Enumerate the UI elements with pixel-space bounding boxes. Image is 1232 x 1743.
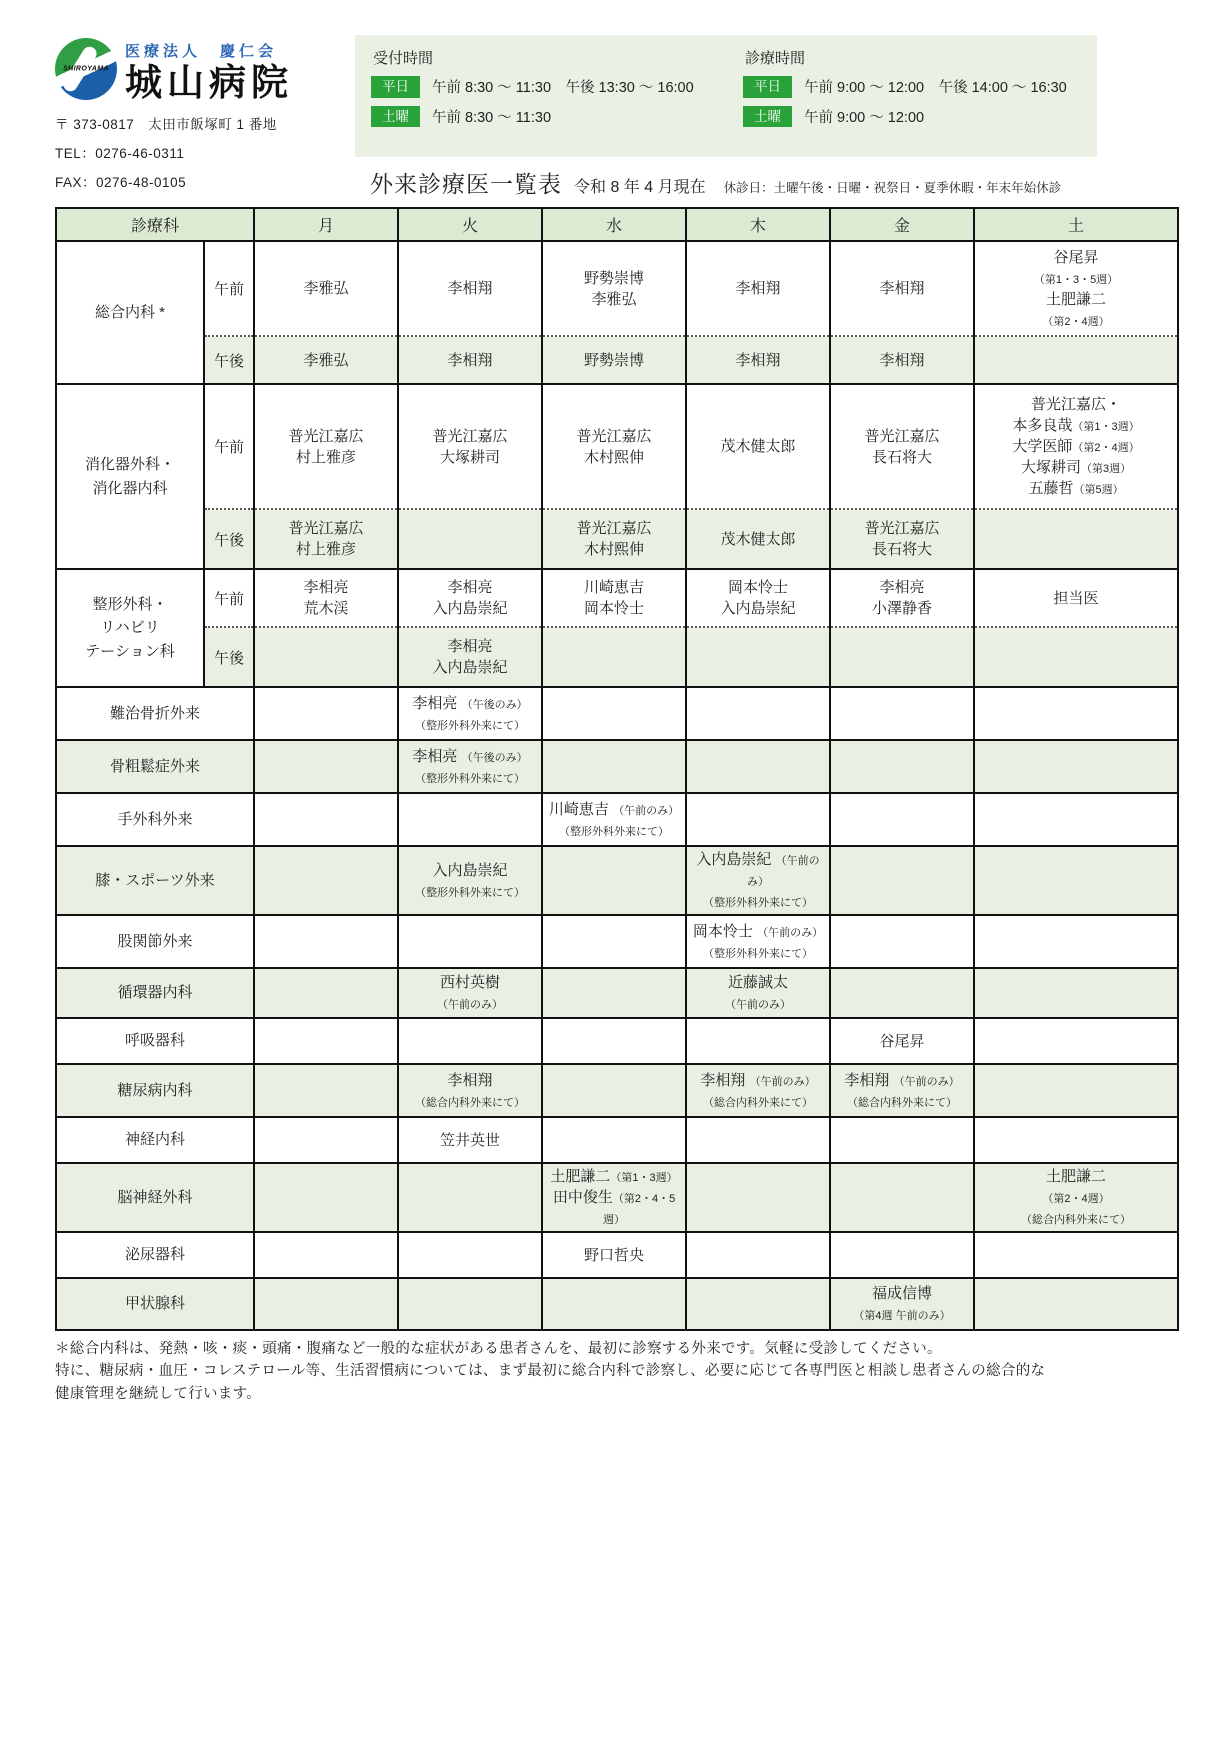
consultation-hours: 診療時間 平日 午前 9:00 ～ 12:00 午後 14:00 ～ 16:30… bbox=[743, 45, 1081, 147]
department-name: 泌尿器科 bbox=[56, 1232, 254, 1278]
schedule-row: 循環器内科西村英樹（午前のみ）近藤誠太（午前のみ） bbox=[56, 968, 1178, 1018]
schedule-cell bbox=[686, 1232, 830, 1278]
schedule-cell bbox=[974, 915, 1178, 968]
schedule-cell: 入内島崇紀 （午前のみ）（整形外科外来にて） bbox=[686, 846, 830, 915]
schedule-cell bbox=[254, 687, 398, 740]
schedule-table: 診療科月火水木金土 総合内科 *午前李雅弘李相翔野勢崇博李雅弘李相翔李相翔谷尾昇… bbox=[55, 207, 1179, 1331]
schedule-cell bbox=[686, 1018, 830, 1064]
postal-address: 〒 373-0817 太田市飯塚町 1 番地 bbox=[55, 113, 345, 133]
hours-panel: 受付時間 平日 午前 8:30 ～ 11:30 午後 13:30 ～ 16:00… bbox=[355, 35, 1097, 157]
department-name: 糖尿病内科 bbox=[56, 1064, 254, 1117]
schedule-cell: 李相翔 （午前のみ）（総合内科外来にて） bbox=[686, 1064, 830, 1117]
schedule-cell bbox=[398, 793, 542, 846]
schedule-cell: 谷尾昇 bbox=[830, 1018, 974, 1064]
session-label: 午後 bbox=[204, 336, 254, 384]
schedule-body: 総合内科 *午前李雅弘李相翔野勢崇博李雅弘李相翔李相翔谷尾昇（第1・3・5週）土… bbox=[56, 241, 1178, 1330]
schedule-row: 消化器外科・消化器内科午前普光江嘉広村上雅彦普光江嘉広大塚耕司普光江嘉広木村熙伸… bbox=[56, 384, 1178, 509]
column-header-day: 金 bbox=[830, 208, 974, 241]
schedule-cell bbox=[830, 687, 974, 740]
schedule-cell: 土肥謙二（第2・4週）（総合内科外来にて） bbox=[974, 1163, 1178, 1232]
schedule-row: 神経内科笠井英世 bbox=[56, 1117, 1178, 1163]
column-header-day: 土 bbox=[974, 208, 1178, 241]
column-header-dept: 診療科 bbox=[56, 208, 254, 241]
schedule-cell: 李相翔 （午前のみ）（総合内科外来にて） bbox=[830, 1064, 974, 1117]
schedule-cell bbox=[254, 915, 398, 968]
column-header-day: 月 bbox=[254, 208, 398, 241]
schedule-cell bbox=[686, 1117, 830, 1163]
schedule-cell bbox=[398, 509, 542, 569]
schedule-row: 難治骨折外来李相亮 （午後のみ）（整形外科外来にて） bbox=[56, 687, 1178, 740]
reception-hours: 受付時間 平日 午前 8:30 ～ 11:30 午後 13:30 ～ 16:00… bbox=[371, 45, 709, 147]
schedule-cell: 岡本怜士入内島崇紀 bbox=[686, 569, 830, 627]
schedule-cell: 担当医 bbox=[974, 569, 1178, 627]
schedule-cell bbox=[974, 793, 1178, 846]
schedule-cell: 野勢崇博李雅弘 bbox=[542, 241, 686, 336]
session-label: 午後 bbox=[204, 627, 254, 687]
schedule-cell bbox=[254, 1278, 398, 1330]
session-label: 午前 bbox=[204, 241, 254, 336]
department-name: 整形外科・リハビリテーション科 bbox=[56, 569, 204, 687]
schedule-cell bbox=[974, 336, 1178, 384]
schedule-cell: 茂木健太郎 bbox=[686, 384, 830, 509]
schedule-cell: 野勢崇博 bbox=[542, 336, 686, 384]
footnote-line: ＊総合内科は、発熱・咳・痰・頭痛・腹痛など一般的な症状がある患者さんを、最初に診… bbox=[55, 1338, 1177, 1360]
reception-weekday-row: 平日 午前 8:30 ～ 11:30 午後 13:30 ～ 16:00 bbox=[371, 76, 709, 98]
as-of-date: 令和 8 年 4 月現在 bbox=[574, 174, 706, 197]
consultation-weekday-times: 午前 9:00 ～ 12:00 午後 14:00 ～ 16:30 bbox=[804, 76, 1067, 97]
footnote-line: 特に、糖尿病・血圧・コレステロール等、生活習慣病については、まず最初に総合内科で… bbox=[55, 1360, 1177, 1382]
schedule-cell bbox=[398, 915, 542, 968]
schedule-cell: 笠井英世 bbox=[398, 1117, 542, 1163]
schedule-row: 午後李相亮入内島崇紀 bbox=[56, 627, 1178, 687]
schedule-cell bbox=[974, 687, 1178, 740]
hospital-logo-icon: SHIROYAMA bbox=[55, 38, 117, 100]
schedule-cell bbox=[974, 968, 1178, 1018]
schedule-cell bbox=[974, 1064, 1178, 1117]
schedule-cell bbox=[398, 1018, 542, 1064]
schedule-cell bbox=[686, 740, 830, 793]
schedule-cell: 福成信博（第4週 午前のみ） bbox=[830, 1278, 974, 1330]
schedule-cell: 李雅弘 bbox=[254, 336, 398, 384]
schedule-cell bbox=[830, 740, 974, 793]
schedule-cell bbox=[254, 846, 398, 915]
schedule-cell bbox=[830, 1232, 974, 1278]
schedule-cell: 野口哲央 bbox=[542, 1232, 686, 1278]
schedule-cell: 土肥謙二（第1・3週）田中俊生（第2・4・5週） bbox=[542, 1163, 686, 1232]
column-header-day: 水 bbox=[542, 208, 686, 241]
schedule-cell: 李相亮入内島崇紀 bbox=[398, 569, 542, 627]
schedule-cell bbox=[974, 1117, 1178, 1163]
schedule-cell: 普光江嘉広木村熙伸 bbox=[542, 384, 686, 509]
department-name: 手外科外来 bbox=[56, 793, 254, 846]
schedule-cell bbox=[542, 740, 686, 793]
schedule-cell bbox=[830, 968, 974, 1018]
schedule-cell bbox=[542, 846, 686, 915]
schedule-row: 呼吸器科谷尾昇 bbox=[56, 1018, 1178, 1064]
session-label: 午前 bbox=[204, 569, 254, 627]
schedule-cell bbox=[974, 1278, 1178, 1330]
schedule-cell: 西村英樹（午前のみ） bbox=[398, 968, 542, 1018]
schedule-cell: 李相翔 bbox=[830, 336, 974, 384]
schedule-row: 整形外科・リハビリテーション科午前李相亮荒木渓李相亮入内島崇紀川崎恵吉岡本怜士岡… bbox=[56, 569, 1178, 627]
schedule-cell bbox=[398, 1163, 542, 1232]
schedule-cell: 近藤誠太（午前のみ） bbox=[686, 968, 830, 1018]
schedule-row: 膝・スポーツ外来入内島崇紀（整形外科外来にて）入内島崇紀 （午前のみ）（整形外科… bbox=[56, 846, 1178, 915]
schedule-cell bbox=[542, 1064, 686, 1117]
schedule-cell bbox=[254, 1064, 398, 1117]
schedule-cell: 普光江嘉広村上雅彦 bbox=[254, 509, 398, 569]
schedule-cell: 普光江嘉広村上雅彦 bbox=[254, 384, 398, 509]
schedule-cell bbox=[830, 915, 974, 968]
schedule-row: 骨粗鬆症外来李相亮 （午後のみ）（整形外科外来にて） bbox=[56, 740, 1178, 793]
schedule-cell bbox=[830, 627, 974, 687]
schedule-cell bbox=[542, 687, 686, 740]
schedule-cell: 李相翔（総合内科外来にて） bbox=[398, 1064, 542, 1117]
schedule-cell bbox=[254, 740, 398, 793]
schedule-row: 脳神経外科土肥謙二（第1・3週）田中俊生（第2・4・5週）土肥謙二（第2・4週）… bbox=[56, 1163, 1178, 1232]
schedule-cell bbox=[254, 1117, 398, 1163]
schedule-cell: 谷尾昇（第1・3・5週）土肥謙二（第2・4週） bbox=[974, 241, 1178, 336]
hospital-name: 城山病院 bbox=[125, 64, 293, 103]
schedule-cell bbox=[542, 1117, 686, 1163]
schedule-cell bbox=[254, 627, 398, 687]
schedule-cell bbox=[542, 968, 686, 1018]
schedule-cell: 李相翔 bbox=[830, 241, 974, 336]
schedule-cell: 茂木健太郎 bbox=[686, 509, 830, 569]
schedule-cell bbox=[830, 793, 974, 846]
schedule-header: 診療科月火水木金土 bbox=[56, 208, 1178, 241]
fax-number: FAX：0276-48-0105 bbox=[55, 171, 345, 191]
schedule-cell: 普光江嘉広大塚耕司 bbox=[398, 384, 542, 509]
schedule-cell bbox=[254, 1163, 398, 1232]
corporation-label: 医療法人 慶仁会 bbox=[125, 40, 293, 61]
department-name: 消化器外科・消化器内科 bbox=[56, 384, 204, 569]
saturday-badge: 土曜 bbox=[371, 106, 420, 128]
page-title: 外来診療医一覧表 bbox=[370, 166, 562, 199]
schedule-cell bbox=[542, 1278, 686, 1330]
schedule-cell bbox=[686, 1163, 830, 1232]
weekday-badge: 平日 bbox=[371, 76, 420, 98]
closed-days-note: 休診日：土曜午後・日曜・祝祭日・夏季休暇・年末年始休診 bbox=[724, 178, 1062, 196]
schedule-cell: 李相亮入内島崇紀 bbox=[398, 627, 542, 687]
schedule-cell: 李相亮荒木渓 bbox=[254, 569, 398, 627]
schedule-cell bbox=[254, 968, 398, 1018]
department-name: 総合内科 * bbox=[56, 241, 204, 384]
session-label: 午後 bbox=[204, 509, 254, 569]
weekday-badge: 平日 bbox=[743, 76, 792, 98]
schedule-cell: 李相亮小澤静香 bbox=[830, 569, 974, 627]
department-name: 股関節外来 bbox=[56, 915, 254, 968]
consultation-weekday-row: 平日 午前 9:00 ～ 12:00 午後 14:00 ～ 16:30 bbox=[743, 76, 1081, 98]
schedule-cell bbox=[974, 1232, 1178, 1278]
reception-weekday-times: 午前 8:30 ～ 11:30 午後 13:30 ～ 16:00 bbox=[432, 76, 694, 97]
schedule-cell bbox=[254, 793, 398, 846]
schedule-cell bbox=[830, 846, 974, 915]
reception-saturday-times: 午前 8:30 ～ 11:30 bbox=[432, 106, 551, 127]
schedule-cell: 入内島崇紀（整形外科外来にて） bbox=[398, 846, 542, 915]
footnotes: ＊総合内科は、発熱・咳・痰・頭痛・腹痛など一般的な症状がある患者さんを、最初に診… bbox=[55, 1338, 1177, 1405]
schedule-cell bbox=[974, 1018, 1178, 1064]
schedule-cell bbox=[542, 1018, 686, 1064]
schedule-cell bbox=[974, 740, 1178, 793]
schedule-cell bbox=[974, 846, 1178, 915]
schedule-cell bbox=[542, 627, 686, 687]
schedule-row: 甲状腺科福成信博（第4週 午前のみ） bbox=[56, 1278, 1178, 1330]
consultation-saturday-times: 午前 9:00 ～ 12:00 bbox=[804, 106, 924, 127]
document-title-line: 外来診療医一覧表 令和 8 年 4 月現在 休診日：土曜午後・日曜・祝祭日・夏季… bbox=[370, 166, 1190, 199]
schedule-cell bbox=[974, 627, 1178, 687]
department-name: 難治骨折外来 bbox=[56, 687, 254, 740]
consultation-saturday-row: 土曜 午前 9:00 ～ 12:00 bbox=[743, 106, 1081, 128]
schedule-row: 股関節外来岡本怜士 （午前のみ）（整形外科外来にて） bbox=[56, 915, 1178, 968]
schedule-cell bbox=[254, 1018, 398, 1064]
schedule-row: 午後普光江嘉広村上雅彦普光江嘉広木村熙伸茂木健太郎普光江嘉広長石将大 bbox=[56, 509, 1178, 569]
schedule-cell: 李相翔 bbox=[398, 336, 542, 384]
footnote-line: 健康管理を継続して行います。 bbox=[55, 1383, 1177, 1405]
schedule-cell bbox=[398, 1278, 542, 1330]
reception-saturday-row: 土曜 午前 8:30 ～ 11:30 bbox=[371, 106, 709, 128]
saturday-badge: 土曜 bbox=[743, 106, 792, 128]
schedule-cell: 李相翔 bbox=[398, 241, 542, 336]
session-label: 午前 bbox=[204, 384, 254, 509]
department-name: 神経内科 bbox=[56, 1117, 254, 1163]
department-name: 循環器内科 bbox=[56, 968, 254, 1018]
schedule-row: 午後李雅弘李相翔野勢崇博李相翔李相翔 bbox=[56, 336, 1178, 384]
department-name: 脳神経外科 bbox=[56, 1163, 254, 1232]
schedule-cell bbox=[254, 1232, 398, 1278]
hospital-name-block: 医療法人 慶仁会 城山病院 bbox=[125, 38, 293, 103]
schedule-cell bbox=[686, 687, 830, 740]
schedule-cell: 李相亮 （午後のみ）（整形外科外来にて） bbox=[398, 687, 542, 740]
schedule-cell bbox=[974, 509, 1178, 569]
schedule-header-row: 診療科月火水木金土 bbox=[56, 208, 1178, 241]
schedule-row: 手外科外来川崎恵吉 （午前のみ）（整形外科外来にて） bbox=[56, 793, 1178, 846]
schedule-cell: 普光江嘉広長石将大 bbox=[830, 384, 974, 509]
schedule-cell bbox=[686, 1278, 830, 1330]
schedule-row: 総合内科 *午前李雅弘李相翔野勢崇博李雅弘李相翔李相翔谷尾昇（第1・3・5週）土… bbox=[56, 241, 1178, 336]
schedule-cell bbox=[542, 915, 686, 968]
schedule-cell: 李相翔 bbox=[686, 241, 830, 336]
tel-number: TEL：0276-46-0311 bbox=[55, 142, 345, 162]
schedule-cell bbox=[830, 1117, 974, 1163]
schedule-cell: 李雅弘 bbox=[254, 241, 398, 336]
reception-hours-title: 受付時間 bbox=[373, 47, 709, 68]
schedule-cell: 普光江嘉広・本多良哉（第1・3週）大学医師（第2・4週）大塚耕司（第3週）五藤哲… bbox=[974, 384, 1178, 509]
logo-row: SHIROYAMA 医療法人 慶仁会 城山病院 bbox=[55, 38, 345, 103]
department-name: 膝・スポーツ外来 bbox=[56, 846, 254, 915]
schedule-cell: 川崎恵吉岡本怜士 bbox=[542, 569, 686, 627]
schedule-cell bbox=[686, 627, 830, 687]
schedule-cell bbox=[686, 793, 830, 846]
column-header-day: 木 bbox=[686, 208, 830, 241]
consultation-hours-title: 診療時間 bbox=[745, 47, 1081, 68]
schedule-cell: 李相亮 （午後のみ）（整形外科外来にて） bbox=[398, 740, 542, 793]
schedule-row: 糖尿病内科李相翔（総合内科外来にて）李相翔 （午前のみ）（総合内科外来にて）李相… bbox=[56, 1064, 1178, 1117]
logo-text: SHIROYAMA bbox=[63, 66, 109, 73]
schedule-cell: 川崎恵吉 （午前のみ）（整形外科外来にて） bbox=[542, 793, 686, 846]
schedule-row: 泌尿器科野口哲央 bbox=[56, 1232, 1178, 1278]
schedule-cell: 岡本怜士 （午前のみ）（整形外科外来にて） bbox=[686, 915, 830, 968]
schedule-cell bbox=[830, 1163, 974, 1232]
department-name: 呼吸器科 bbox=[56, 1018, 254, 1064]
department-name: 甲状腺科 bbox=[56, 1278, 254, 1330]
schedule-cell: 普光江嘉広長石将大 bbox=[830, 509, 974, 569]
page: SHIROYAMA 医療法人 慶仁会 城山病院 〒 373-0817 太田市飯塚… bbox=[0, 0, 1232, 1743]
schedule-cell: 普光江嘉広木村熙伸 bbox=[542, 509, 686, 569]
hospital-identity: SHIROYAMA 医療法人 慶仁会 城山病院 〒 373-0817 太田市飯塚… bbox=[55, 38, 345, 191]
department-name: 骨粗鬆症外来 bbox=[56, 740, 254, 793]
schedule-cell bbox=[398, 1232, 542, 1278]
schedule-cell: 李相翔 bbox=[686, 336, 830, 384]
column-header-day: 火 bbox=[398, 208, 542, 241]
